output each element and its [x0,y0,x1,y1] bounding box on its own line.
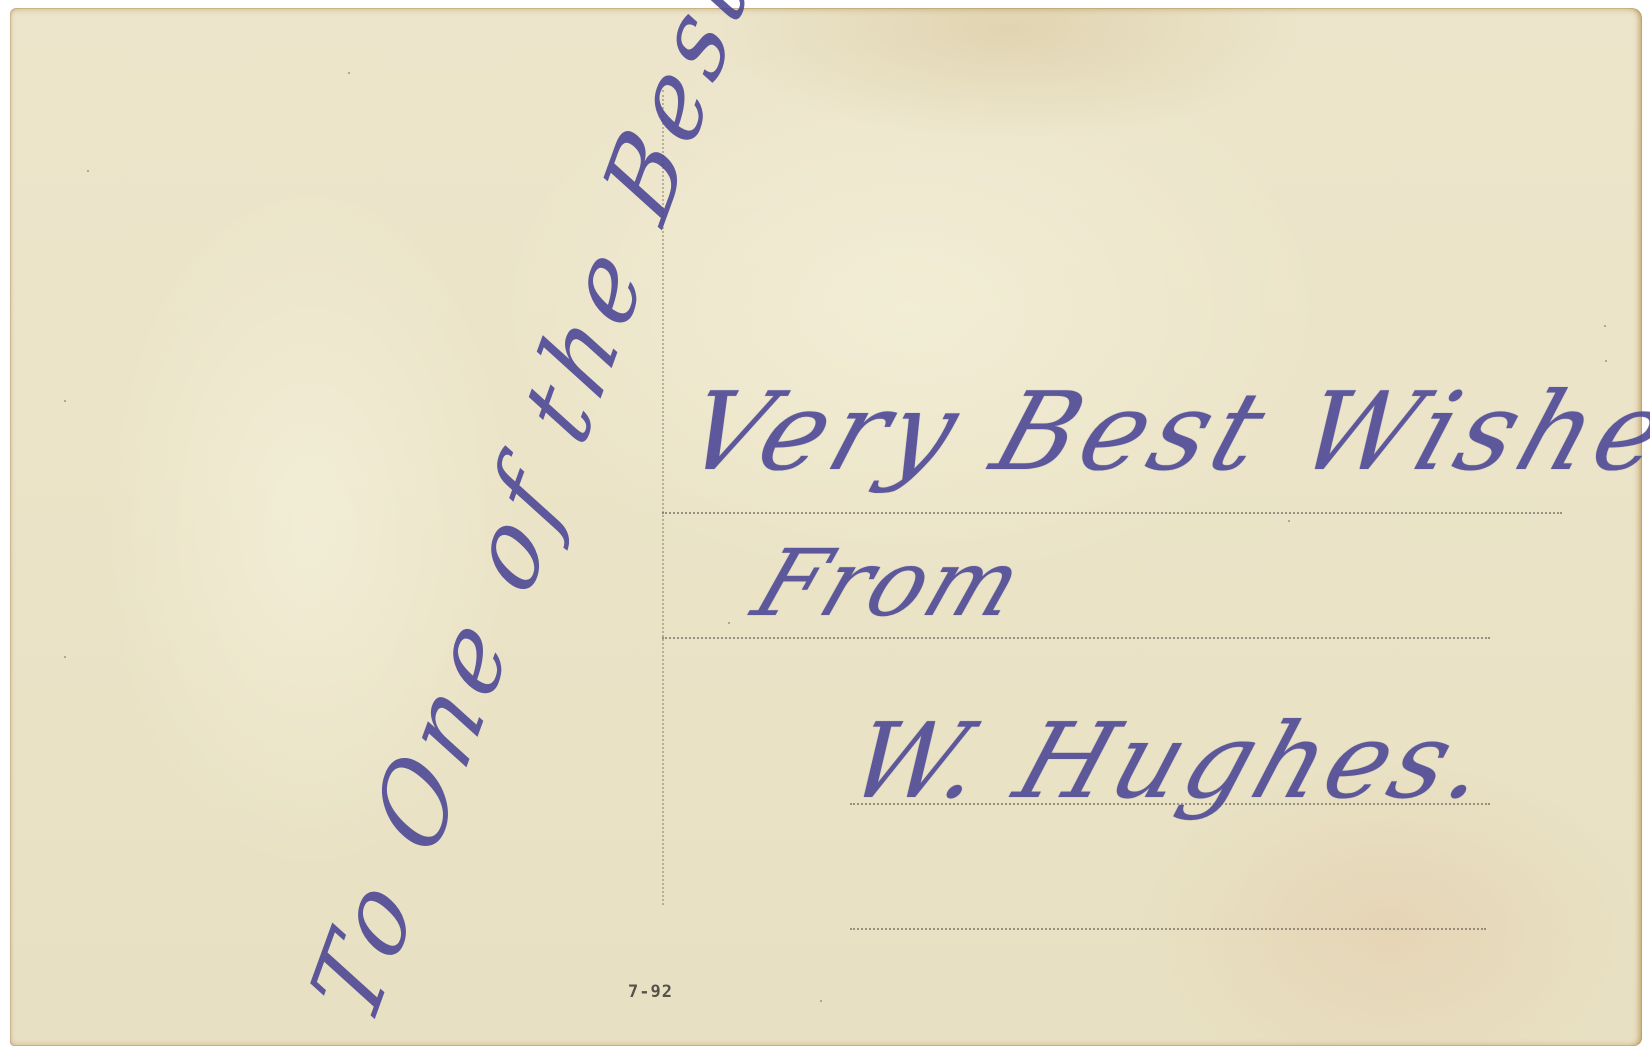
address-line-2 [662,637,1490,639]
paper-speck [728,622,730,624]
printed-stock-number: 7-92 [628,982,673,1002]
handwritten-greeting: Very Best Wishes [670,370,1650,495]
handwritten-from: From [741,530,1038,637]
paper-speck [1605,360,1607,362]
address-line-1 [662,512,1562,514]
side-note-area: To One of the Best [60,0,440,1050]
paper-speck [1604,325,1606,327]
handwritten-signature: W. Hughes. [835,700,1509,822]
paper-speck [1288,520,1290,522]
address-line-4 [850,928,1486,930]
paper-speck [820,1000,822,1002]
